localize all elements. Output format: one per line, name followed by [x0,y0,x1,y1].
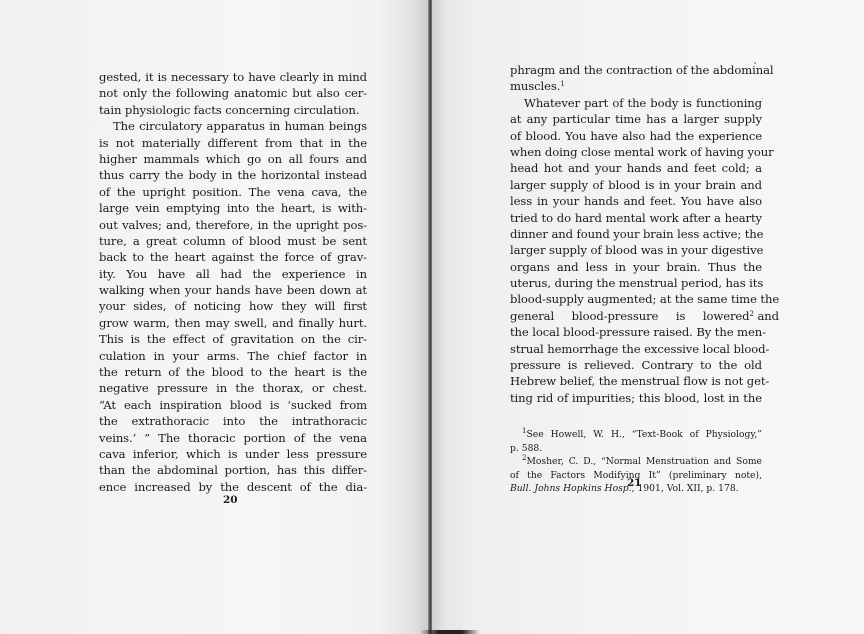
text-line: Hebrew belief, the menstrual flow is not… [510,373,762,389]
footnote-marker[interactable]: 1 [560,80,564,88]
text-line: of the upright position. The vena cava, … [99,184,367,200]
text-line: ence increased by the descent of the dia… [99,479,367,495]
text-line: ity. You have all had the experience in [99,266,367,282]
text-line: the return of the blood to the heart is … [99,364,367,380]
text-fragment: general blood-pressure is lowered [510,308,750,324]
text-line: not only the following anatomic but also… [99,85,367,101]
spine-bottom-shadow [420,630,480,634]
page-number-right: 21 [627,477,642,489]
right-page-body: phragm and the contraction of the abdomi… [510,62,762,406]
footnote-1-cont: p. 588. [510,442,762,456]
text-line: strual hemorrhage the excessive local bl… [510,341,762,357]
text-line: large vein emptying into the heart, is w… [99,200,367,216]
text-line: the local blood-pressure raised. By the … [510,324,762,340]
paper-speck [762,98,763,99]
text-line: larger supply of blood is in your brain … [510,177,762,193]
text-line: Whatever part of the body is functioning [510,95,762,111]
page-number-left: 20 [223,494,238,506]
text-line: tain physiologic facts concerning circul… [99,102,367,118]
citation-tail: , 1901, Vol. XII, p. 178. [632,483,739,494]
text-line: higher mammals which go on all fours and [99,151,367,167]
text-line: negative pressure in the thorax, or ches… [99,380,367,396]
text-line: blood-supply augmented; at the same time… [510,291,762,307]
footnote-text: See Howell, W. H., “Text-Book of Physiol… [526,429,762,440]
text-line: your sides, of noticing how they will fi… [99,298,367,314]
text-line: ture, a great column of blood must be se… [99,233,367,249]
text-line: head hot and your hands and feet cold; a [510,160,762,176]
text-line: cava inferior, which is under less press… [99,446,367,462]
footnote-text: Mosher, C. D., “Normal Menstruation and … [526,456,762,467]
text-line: The circulatory apparatus in human being… [99,118,367,134]
text-line: larger supply of blood was in your diges… [510,242,762,258]
text-line: dinner and found your brain less active;… [510,226,762,242]
text-fragment: muscles. [510,79,560,93]
text-line: This is the effect of gravitation on the… [99,331,367,347]
text-line: pressure is relieved. Contrary to the ol… [510,357,762,373]
text-line: walking when your hands have been down a… [99,282,367,298]
text-line: at any particular time has a larger supp… [510,111,762,127]
text-line: ting rid of impurities; this blood, lost… [510,390,762,406]
text-line: “At each inspiration blood is ‘sucked fr… [99,397,367,413]
text-line: gested, it is necessary to have clearly … [99,69,367,85]
text-line: than the abdominal portion, has this dif… [99,462,367,478]
text-line: grow warm, then may swell, and finally h… [99,315,367,331]
text-line: back to the heart against the force of g… [99,249,367,265]
text-fragment: and [754,309,779,323]
text-line: culation in your arms. The chief factor … [99,348,367,364]
book-spread: gested, it is necessary to have clearly … [0,0,864,634]
text-line: is not materially different from that in… [99,135,367,151]
text-line: out valves; and, therefore, in the uprig… [99,217,367,233]
text-line: thus carry the body in the horizontal in… [99,167,367,183]
text-line: organs and less in your brain. Thus the [510,259,762,275]
text-line: of blood. You have also had the experien… [510,128,762,144]
text-line: uterus, during the menstrual period, has… [510,275,762,291]
text-line: tried to do hard mental work after a hea… [510,210,762,226]
text-line: general blood-pressure is lowered2 and [510,308,762,324]
text-line: phragm and the contraction of the abdomi… [510,62,762,78]
text-line: the extrathoracic into the intrathoracic [99,413,367,429]
left-page-body: gested, it is necessary to have clearly … [99,69,367,495]
text-line: less in your hands and feet. You have al… [510,193,762,209]
journal-title: Bull. Johns Hopkins Hosp. [510,483,632,494]
footnote-1: 1See Howell, W. H., “Text-Book of Physio… [510,428,762,442]
text-line: veins.’ ” The thoracic portion of the ve… [99,430,367,446]
footnote-2: 2Mosher, C. D., “Normal Menstruation and… [510,455,762,469]
text-line: when doing close mental work of having y… [510,144,762,160]
text-line: muscles.1 [510,78,762,94]
left-page: gested, it is necessary to have clearly … [0,0,430,634]
